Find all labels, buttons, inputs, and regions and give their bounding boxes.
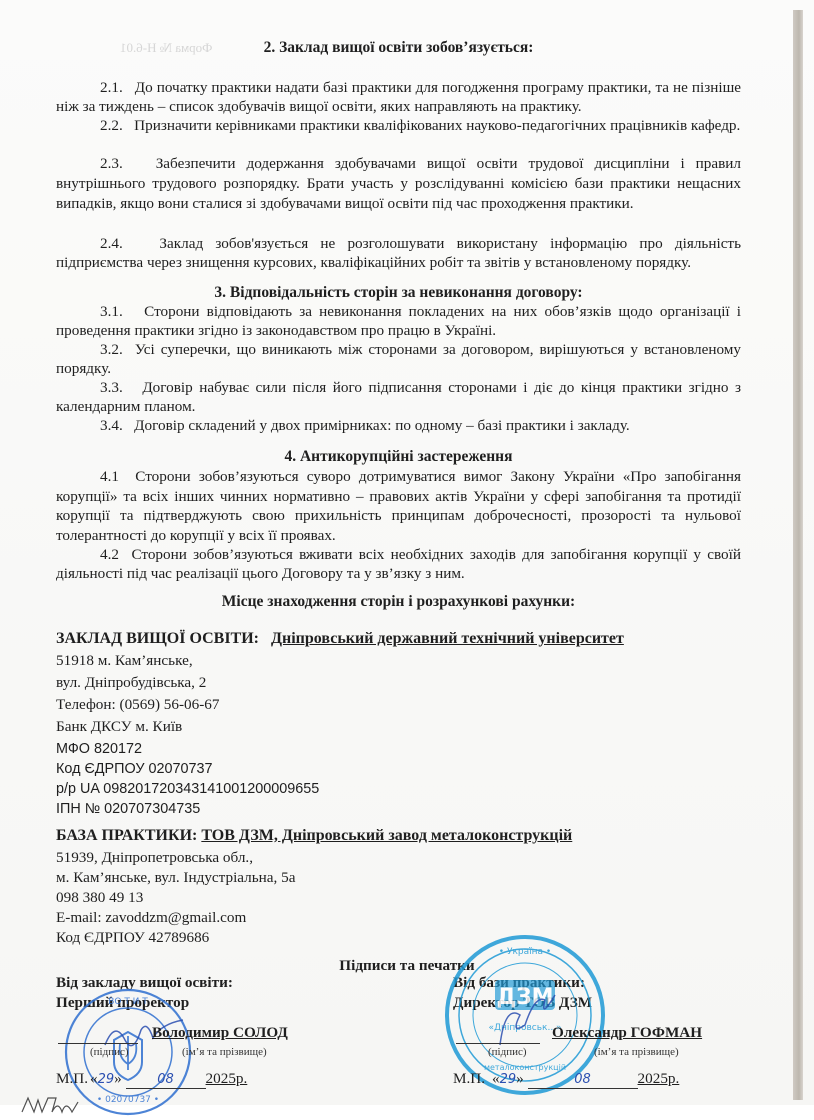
left-date: «29» 082025р. xyxy=(90,1070,247,1089)
base-edrpou: Код ЄДРПОУ 42789686 xyxy=(56,929,209,947)
clause-2-1: 2.1. До початку практики надати базі пра… xyxy=(56,78,741,116)
left-mp-label: М.П. xyxy=(56,1070,88,1088)
institution-address-line: 51918 м. Кам’янське, xyxy=(56,652,193,670)
clause-3-3: 3.3. Договір набуває сили після його під… xyxy=(56,378,741,416)
institution-mfo: МФО 820172 xyxy=(56,740,142,758)
right-signature-line xyxy=(456,1043,540,1044)
right-date: «29» 082025р. xyxy=(492,1070,679,1089)
clause-3-4: 3.4. Договір складений у двох примірника… xyxy=(56,416,741,435)
institution-bank: Банк ДКСУ м. Київ xyxy=(56,718,182,736)
clause-2-3: 2.3. Забезпечити додержання здобувачами … xyxy=(56,154,741,214)
right-handwritten-signature-icon xyxy=(490,985,570,1055)
clause-2-2: 2.2. Призначити керівниками практики ква… xyxy=(56,116,741,135)
institution-address-line: вул. Дніпробудівська, 2 xyxy=(56,674,206,692)
initials-scribble-icon xyxy=(18,1094,98,1116)
institution-ipn: ІПН № 020707304735 xyxy=(56,800,200,818)
left-sign-caption: (підпис) xyxy=(90,1046,129,1058)
scan-edge-shadow xyxy=(793,10,803,1100)
left-signer-name: Володимир СОЛОД xyxy=(152,1024,288,1042)
right-mp-label: М.П. xyxy=(453,1070,485,1088)
institution-edrpou: Код ЄДРПОУ 02070737 xyxy=(56,760,213,778)
institution-phone: Телефон: (0569) 56-06-67 xyxy=(56,696,220,714)
section-2-title: 2. Заклад вищої освіти зобов’язується: xyxy=(56,38,741,57)
svg-text:• Україна •: • Україна • xyxy=(499,947,551,957)
svg-text:ВО Т И Т: ВО Т И Т xyxy=(108,997,148,1007)
clause-2-4: 2.4. Заклад зобов'язується не розголошув… xyxy=(56,234,741,272)
institution-name: Дніпровський державний технічний універс… xyxy=(271,630,624,647)
signatures-title: Підписи та печатки xyxy=(0,957,814,975)
base-address-line: м. Кам’янське, вул. Індустріальна, 5а xyxy=(56,869,295,887)
right-signer-name: Олександр ГОФМАН xyxy=(552,1024,702,1042)
left-signature-line xyxy=(58,1043,138,1044)
clause-4-2: 4.2 Сторони зобов’язуються вживати всіх … xyxy=(56,545,741,583)
base-name: ТОВ ДЗМ, Дніпровський завод металоконстр… xyxy=(201,827,572,844)
base-header: БАЗА ПРАКТИКИ: ТОВ ДЗМ, Дніпровський зав… xyxy=(56,827,572,845)
svg-text:• 02070737 •: • 02070737 • xyxy=(97,1095,159,1105)
requisites-title: Місце знаходження сторін і розрахункові … xyxy=(56,592,741,611)
institution-header: ЗАКЛАД ВИЩОЇ ОСВІТИ: Дніпровський держав… xyxy=(56,630,624,648)
section-3-title: 3. Відповідальність сторін за невиконанн… xyxy=(56,283,741,302)
clause-4-1: 4.1 Сторони зобов’язуються суворо дотрим… xyxy=(56,467,741,545)
base-address-line: 51939, Дніпропетровська обл., xyxy=(56,849,253,867)
base-email: E-mail: zavoddzm@gmail.com xyxy=(56,909,246,927)
base-phone: 098 380 49 13 xyxy=(56,889,143,907)
clause-3-2: 3.2. Усі суперечки, що виникають між сто… xyxy=(56,340,741,378)
institution-account: р/р UA 098201720343141001200009655 xyxy=(56,780,319,798)
right-sign-caption: (підпис) xyxy=(488,1046,527,1058)
clause-3-1: 3.1. Сторони відповідають за невиконання… xyxy=(56,302,741,340)
left-name-caption: (ім’я та прізвище) xyxy=(182,1046,267,1058)
right-name-caption: (ім’я та прізвище) xyxy=(594,1046,679,1058)
section-4-title: 4. Антикорупційні застереження xyxy=(56,447,741,466)
document-page: Форма № Н-6.01 2. Заклад вищої освіти зо… xyxy=(0,0,814,1120)
